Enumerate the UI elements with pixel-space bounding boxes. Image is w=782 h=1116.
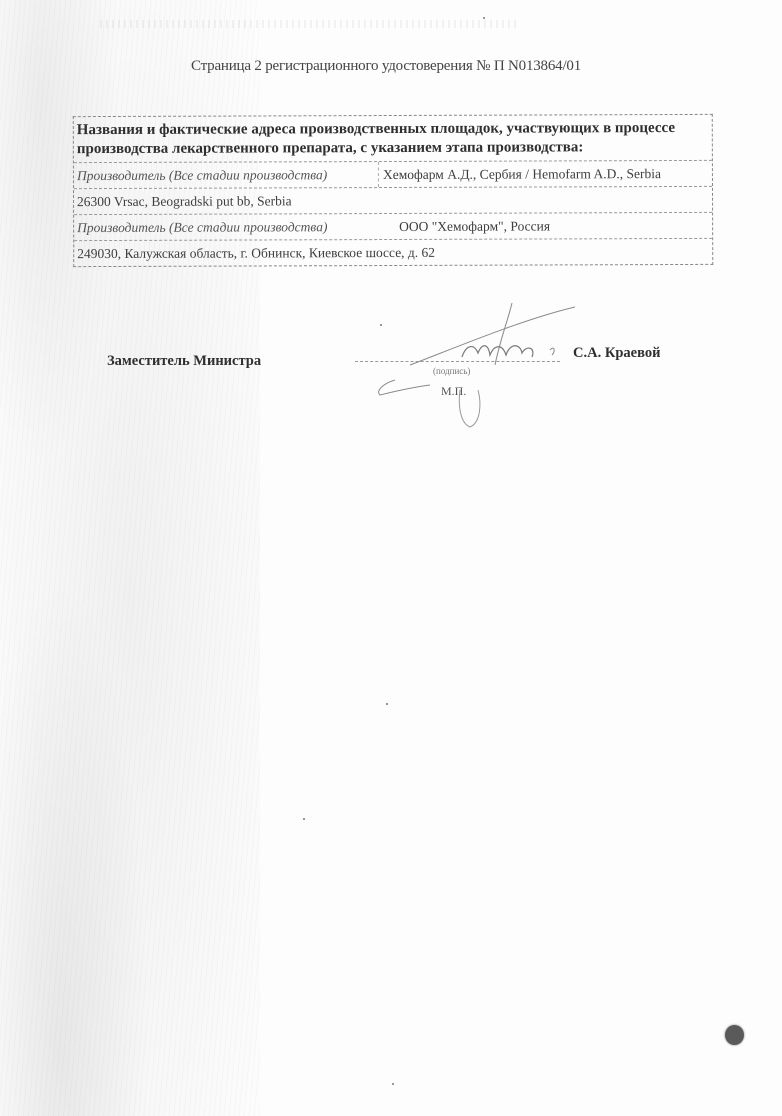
signature-caption: (подпись) — [433, 366, 470, 376]
stamp-label: М.П. — [441, 384, 466, 399]
hole-punch — [725, 1025, 744, 1045]
signature-block: Заместитель Министра (подпись) М.П. С.А.… — [0, 0, 782, 460]
signature-line — [355, 361, 560, 362]
scan-speck — [483, 17, 485, 19]
scan-speck — [303, 818, 305, 820]
handwritten-signature-icon — [370, 295, 590, 435]
signatory-position: Заместитель Министра — [107, 353, 261, 370]
signatory-name: С.А. Краевой — [573, 345, 660, 362]
scan-speck — [380, 324, 382, 326]
scan-speck — [392, 1083, 394, 1085]
scan-speck — [386, 703, 388, 705]
